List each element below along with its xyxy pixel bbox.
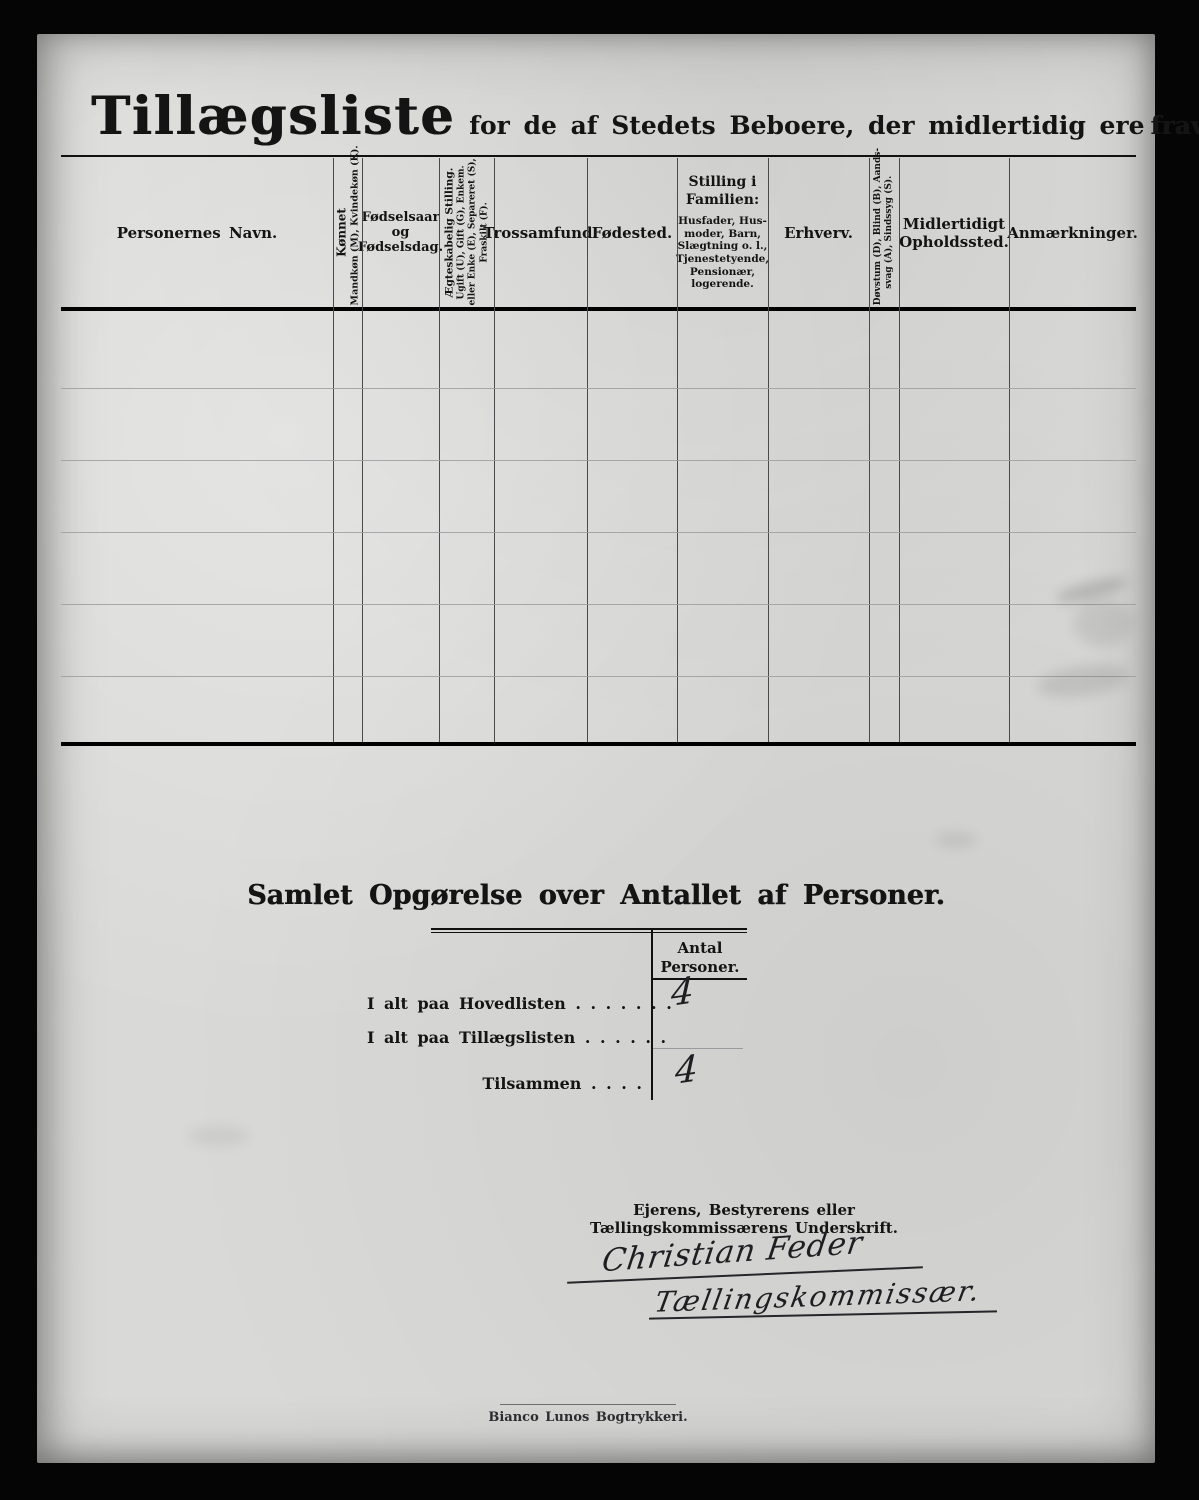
title-main: Tillægsliste [91, 86, 455, 147]
table-grid-vertical-line [333, 158, 334, 744]
table-grid-vertical-line [494, 158, 495, 744]
summary-column-header-underline [652, 978, 747, 980]
column-header-temporary-residence: Midlertidigt Opholdssted. [899, 158, 1009, 307]
column-header-religion: Trossamfund. [494, 158, 587, 307]
column-header-birthplace: Fødested. [587, 158, 677, 307]
table-grid-vertical-line [362, 158, 363, 744]
page-title: Tillægslistefor de af Stedets Beboere, d… [91, 86, 1141, 147]
table-grid-vertical-line [587, 158, 588, 744]
column-header-sex: Kønnet Mandkøn (M), Kvindekøn (K). [333, 158, 362, 307]
table-row-line [61, 604, 1136, 605]
column-header-birthdate: Fødselsaar og Fødselsdag. [362, 158, 439, 307]
table-bottom-rule [61, 742, 1136, 746]
table-header-bottom-rule [61, 307, 1136, 311]
summary-column-header: Antal Personer. [653, 939, 747, 977]
table-grid-vertical-line [439, 158, 440, 744]
summary-heading: Samlet Opgørelse over Antallet af Person… [37, 880, 1155, 911]
scan-smudge [1073, 600, 1133, 646]
scanned-census-page-background: { "header": { "title_main": "Tillægslist… [0, 0, 1199, 1500]
footer-rule [500, 1404, 676, 1405]
summary-table-top-rule [431, 928, 747, 930]
table-row-line [61, 532, 1136, 533]
table-grid-vertical-line [768, 158, 769, 744]
title-subtitle: for de af Stedets Beboere, der midlertid… [469, 111, 1144, 140]
column-header-occupation: Erhverv. [768, 158, 869, 307]
summary-value-tilsammen-handwritten: 4 [674, 1048, 698, 1093]
column-header-name: Personernes Navn. [61, 158, 333, 307]
column-header-disabilities: Døvstum (D), Blind (B), Aands- svag (A),… [869, 158, 899, 307]
summary-table-top-rule-2 [431, 932, 747, 933]
vertical-text-wrap: Kønnet Mandkøn (M), Kvindekøn (K). [333, 158, 362, 307]
table-row-line [61, 388, 1136, 389]
summary-row-label-tilsammen: Tilsammen . . . . [367, 1074, 642, 1093]
scan-smudge [935, 832, 977, 848]
printer-imprint: Bianco Lunos Bogtrykkeri. [485, 1410, 691, 1425]
table-grid-vertical-line [1009, 158, 1010, 744]
table-grid-vertical-line [899, 158, 900, 744]
column-header-name-label: Personernes Navn. [117, 224, 278, 242]
vertical-text-wrap: Døvstum (D), Blind (B), Aands- svag (A),… [869, 158, 899, 307]
census-form-page: Tillægslistefor de af Stedets Beboere, d… [37, 34, 1155, 1463]
column-header-sex-vertical-text: Kønnet Mandkøn (M), Kvindekøn (K). [334, 160, 361, 306]
signature-caption: Ejerens, Bestyrerens eller Tællingskommi… [534, 1201, 954, 1237]
table-row-line [61, 676, 1136, 677]
title-emphasis: fraværende. [1151, 111, 1199, 140]
scan-smudge [1035, 660, 1130, 703]
table-top-rule [61, 155, 1136, 157]
summary-value-hovedlisten-handwritten: 4 [670, 970, 694, 1015]
summary-row-label-hovedlisten: I alt paa Hovedlisten . . . . . . . [367, 994, 642, 1013]
scan-smudge [187, 1126, 249, 1146]
table-grid-vertical-line [869, 158, 870, 744]
column-header-remarks: Anmærkninger. [1009, 158, 1136, 307]
column-header-disabilities-vertical-text: Døvstum (D), Blind (B), Aands- svag (A),… [873, 160, 896, 306]
table-grid-vertical-line [677, 158, 678, 744]
table-row-line [61, 460, 1136, 461]
summary-row-label-tillaegslisten: I alt paa Tillægslisten . . . . . . [367, 1028, 642, 1047]
column-header-family-position: Stilling i Familien: Husfader, Hus- mode… [677, 158, 768, 307]
